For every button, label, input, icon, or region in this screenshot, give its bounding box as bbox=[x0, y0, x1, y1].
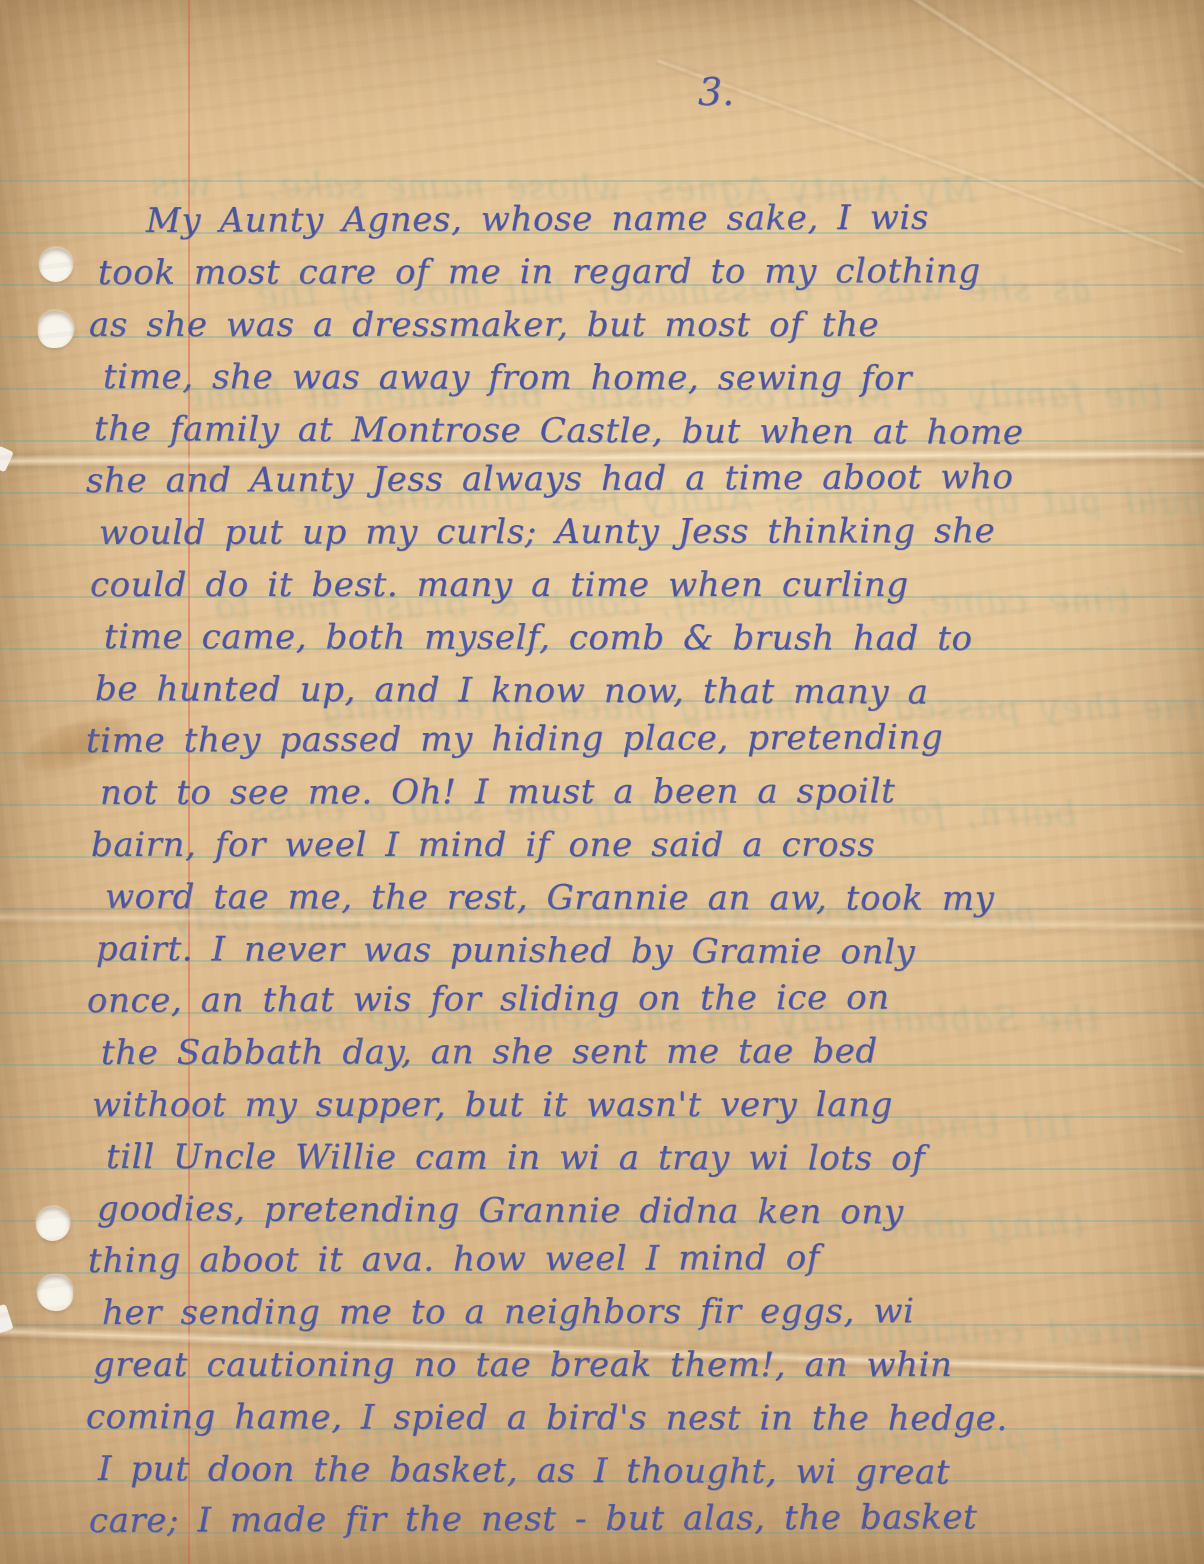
punch-hole bbox=[36, 1207, 70, 1241]
handwritten-line: could do it best. many a time when curli… bbox=[90, 559, 1170, 611]
handwritten-line: she and Aunty Jess always had a time abo… bbox=[86, 450, 1170, 507]
handwritten-line: withoot my supper, but it wasn't very la… bbox=[92, 1079, 1170, 1131]
handwritten-line: not to see me. Oh! I must a been a spoil… bbox=[100, 765, 1170, 819]
punch-hole bbox=[38, 311, 74, 348]
handwritten-line: once, an that wis for sliding on the ice… bbox=[87, 970, 1170, 1027]
handwritten-line: time, she was away from home, sewing for bbox=[103, 351, 1170, 405]
handwritten-line: coming hame, I spied a bird's nest in th… bbox=[86, 1391, 1170, 1445]
handwriting-block: My Aunty Agnes, whose name sake, I wisto… bbox=[92, 195, 1170, 1547]
handwritten-line: would put up my curls; Aunty Jess thinki… bbox=[99, 505, 1170, 559]
handwritten-line: My Aunty Agnes, whose name sake, I wis bbox=[146, 191, 1170, 247]
handwritten-line: time they passed my hiding place, preten… bbox=[86, 710, 1170, 767]
handwritten-line: bairn, for weel I mind if one said a cro… bbox=[91, 819, 1170, 871]
handwritten-line: her sending me to a neighbors fir eggs, … bbox=[102, 1285, 1170, 1339]
punch-hole bbox=[37, 1275, 73, 1311]
punch-hole bbox=[39, 248, 73, 282]
handwritten-line: took most care of me in regard to my clo… bbox=[98, 245, 1170, 299]
handwritten-line: as she was a dressmaker, but most of the bbox=[89, 299, 1170, 351]
handwritten-line: care; I made fir the nest - but alas, th… bbox=[89, 1490, 1170, 1547]
handwritten-line: time came, both myself, comb & brush had… bbox=[104, 611, 1170, 665]
handwritten-line: thing aboot it ava. how weel I mind of bbox=[88, 1230, 1170, 1287]
handwritten-line: till Uncle Willie cam in wi a tray wi lo… bbox=[106, 1131, 1170, 1185]
page-number: 3. bbox=[698, 70, 734, 114]
handwritten-line: word tae me, the rest, Grannie an aw, to… bbox=[105, 871, 1170, 925]
letter-page: My Aunty Agnes, whose name sake, I wisas… bbox=[0, 0, 1204, 1564]
handwritten-line: the Sabbath day, an she sent me tae bed bbox=[101, 1025, 1170, 1079]
handwritten-line: great cautioning no tae break them!, an … bbox=[93, 1339, 1170, 1391]
